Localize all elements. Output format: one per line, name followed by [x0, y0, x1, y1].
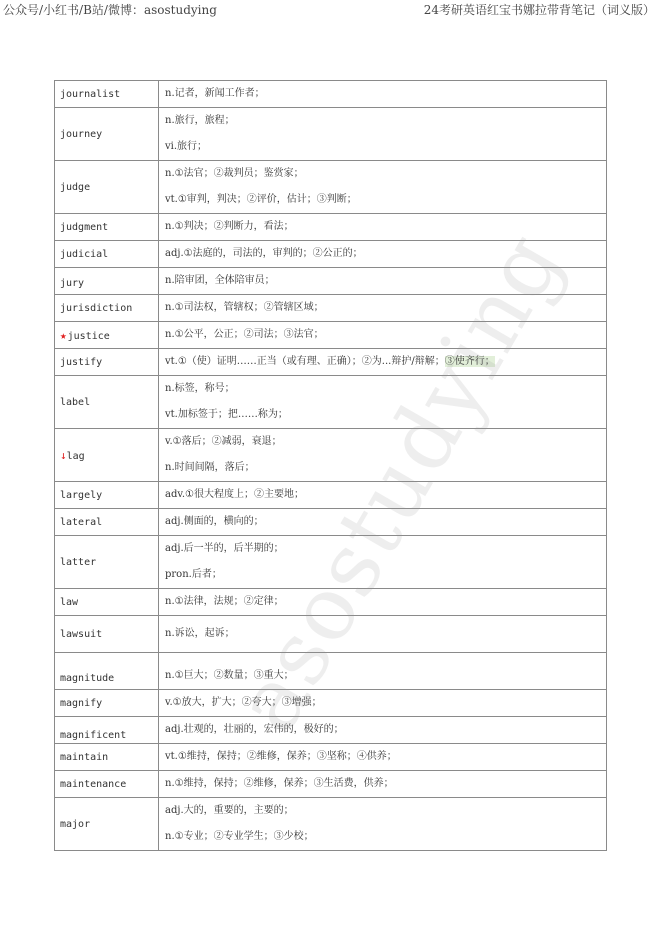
definition-cell: adj.后一半的，后半期的； pron.后者； [159, 536, 607, 589]
definition-cell: adj.侧面的，横向的； [159, 509, 607, 536]
definition-line: n.陪审团，全体陪审员； [165, 268, 606, 294]
table-row: jurisdiction n.①司法权，管辖权；②管辖区域； [55, 295, 607, 322]
word-text: magnitude [60, 673, 114, 684]
definition-line: adv.①很大程度上；②主要地； [165, 482, 606, 508]
star-icon: ★ [60, 329, 67, 342]
word-text: latter [60, 557, 96, 568]
word-cell: judicial [55, 241, 159, 268]
definition-cell: n.标签，称号； vt.加标签于；把……称为； [159, 376, 607, 429]
word-cell: maintenance [55, 771, 159, 798]
definition-line: adj.①法庭的，司法的，审判的；②公正的； [165, 241, 606, 267]
definition-line: vt.①（使）证明……正当（或有理、正确）；②为...辩护/辩解；③使齐行； [165, 349, 606, 375]
word-cell: magnificent [55, 717, 159, 744]
definition-line: n.①维持，保持；②维修，保养；③生活费，供养； [165, 771, 606, 797]
word-text: magnificent [60, 730, 126, 741]
definition-cell: vt.①（使）证明……正当（或有理、正确）；②为...辩护/辩解；③使齐行； [159, 349, 607, 376]
definition-cell: adj.壮观的，壮丽的，宏伟的，极好的； [159, 717, 607, 744]
table-row: major adj.大的，重要的，主要的； n.①专业；②专业学生；③少校； [55, 798, 607, 851]
word-cell: lateral [55, 509, 159, 536]
word-text: maintenance [60, 779, 126, 790]
table-row: judgment n.①判决；②判断力，看法； [55, 214, 607, 241]
definition-line: adj.大的，重要的，主要的； [165, 798, 606, 824]
word-text: lateral [60, 517, 102, 528]
word-cell: label [55, 376, 159, 429]
definition-line: adj.侧面的，横向的； [165, 509, 606, 535]
definition-line: vt.①维持，保持；②维修，保养；③坚称；④供养； [165, 744, 606, 770]
word-cell: law [55, 589, 159, 616]
definition-line: n.①巨大；②数量；③重大； [165, 668, 606, 684]
definition-line: pron.后者； [165, 562, 606, 588]
definition-line: vi.旅行； [165, 134, 606, 160]
word-text: maintain [60, 752, 108, 763]
word-text: largely [60, 490, 102, 501]
word-text: major [60, 819, 90, 830]
definition-cell: n.①维持，保持；②维修，保养；③生活费，供养； [159, 771, 607, 798]
word-text: jury [60, 278, 84, 289]
header-source-text: 公众号/小红书/B站/微博：asostudying [3, 0, 217, 20]
table-row: judicial adj.①法庭的，司法的，审判的；②公正的； [55, 241, 607, 268]
definition-line: n.①判决；②判断力，看法； [165, 214, 606, 240]
table-row: law n.①法律，法规；②定律； [55, 589, 607, 616]
word-text: journalist [60, 89, 120, 100]
page-header: 公众号/小红书/B站/微博：asostudying 24考研英语红宝书娜拉带背笔… [0, 0, 660, 20]
table-row: latter adj.后一半的，后半期的； pron.后者； [55, 536, 607, 589]
definition-cell: adj.①法庭的，司法的，审判的；②公正的； [159, 241, 607, 268]
definition-line: vt.①审判，判决；②评价，估计；③判断； [165, 187, 606, 213]
word-text: magnify [60, 698, 102, 709]
definition-line: adj.壮观的，壮丽的，宏伟的，极好的； [165, 717, 606, 743]
table-row: lateral adj.侧面的，横向的； [55, 509, 607, 536]
word-cell: maintain [55, 744, 159, 771]
definition-line: n.①公平，公正；②司法；③法官； [165, 322, 606, 348]
definition-cell: n.旅行，旅程； vi.旅行； [159, 108, 607, 161]
table-row: label n.标签，称号； vt.加标签于；把……称为； [55, 376, 607, 429]
word-cell: ↓lag [55, 429, 159, 482]
definition-cell: n.记者，新闻工作者； [159, 81, 607, 108]
definition-line: n.标签，称号； [165, 376, 606, 402]
table-row: jury n.陪审团，全体陪审员； [55, 268, 607, 295]
definition-line: v.①落后；②减弱，衰退； [165, 429, 606, 455]
definition-cell: v.①放大，扩大；②夸大；③增强； [159, 690, 607, 717]
definition-cell: n.①法律，法规；②定律； [159, 589, 607, 616]
header-document-title: 24考研英语红宝书娜拉带背笔记（词义版） [424, 0, 655, 20]
definition-cell: vt.①维持，保持；②维修，保养；③坚称；④供养； [159, 744, 607, 771]
word-cell: largely [55, 482, 159, 509]
word-cell: major [55, 798, 159, 851]
definition-cell: n.①判决；②判断力，看法； [159, 214, 607, 241]
definition-line: n.时间间隔，落后； [165, 455, 606, 481]
definition-line: n.①专业；②专业学生；③少校； [165, 824, 606, 850]
definition-cell: n.诉讼，起诉； [159, 616, 607, 653]
word-text: judicial [60, 249, 108, 260]
table-row: magnitude n.①巨大；②数量；③重大； [55, 653, 607, 690]
highlighted-definition: ③使齐行； [445, 356, 495, 367]
table-row: journey n.旅行，旅程； vi.旅行； [55, 108, 607, 161]
definition-cell: adv.①很大程度上；②主要地； [159, 482, 607, 509]
definition-cell: n.①司法权，管辖权；②管辖区域； [159, 295, 607, 322]
down-arrow-icon: ↓ [60, 449, 67, 462]
word-text: judgment [60, 222, 108, 233]
word-cell: lawsuit [55, 616, 159, 653]
table-row: magnificent adj.壮观的，壮丽的，宏伟的，极好的； [55, 717, 607, 744]
definition-line: v.①放大，扩大；②夸大；③增强； [165, 690, 606, 716]
table-row: lawsuit n.诉讼，起诉； [55, 616, 607, 653]
word-cell: magnify [55, 690, 159, 717]
word-text: judge [60, 182, 90, 193]
word-text: justify [60, 357, 102, 368]
table-row: largely adv.①很大程度上；②主要地； [55, 482, 607, 509]
definition-line: n.记者，新闻工作者； [165, 81, 606, 107]
word-cell: journey [55, 108, 159, 161]
definition-line: adj.后一半的，后半期的； [165, 536, 606, 562]
table-row: judge n.①法官；②裁判员；鉴赏家； vt.①审判，判决；②评价，估计；③… [55, 161, 607, 214]
word-cell: journalist [55, 81, 159, 108]
definition-line: n.①司法权，管辖权；②管辖区域； [165, 295, 606, 321]
table-row: maintain vt.①维持，保持；②维修，保养；③坚称；④供养； [55, 744, 607, 771]
definition-text: vt.①（使）证明……正当（或有理、正确）；②为...辩护/辩解； [165, 356, 445, 367]
definition-cell: n.①公平，公正；②司法；③法官； [159, 322, 607, 349]
definition-line: n.诉讼，起诉； [165, 621, 606, 647]
table-row: journalist n.记者，新闻工作者； [55, 81, 607, 108]
vocabulary-table: journalist n.记者，新闻工作者； journey n.旅行，旅程； … [54, 80, 607, 851]
table-row: justify vt.①（使）证明……正当（或有理、正确）；②为...辩护/辩解… [55, 349, 607, 376]
word-cell: ★justice [55, 322, 159, 349]
word-cell: judge [55, 161, 159, 214]
definition-cell: n.①巨大；②数量；③重大； [159, 653, 607, 690]
table-row: magnify v.①放大，扩大；②夸大；③增强； [55, 690, 607, 717]
word-text: justice [68, 331, 110, 342]
word-text: law [60, 597, 78, 608]
word-text: label [60, 397, 90, 408]
word-cell: justify [55, 349, 159, 376]
definition-cell: n.陪审团，全体陪审员； [159, 268, 607, 295]
definition-line: n.①法官；②裁判员；鉴赏家； [165, 161, 606, 187]
table-row: ★justice n.①公平，公正；②司法；③法官； [55, 322, 607, 349]
definition-cell: n.①法官；②裁判员；鉴赏家； vt.①审判，判决；②评价，估计；③判断； [159, 161, 607, 214]
definition-line: n.①法律，法规；②定律； [165, 589, 606, 615]
definition-line: n.旅行，旅程； [165, 108, 606, 134]
word-text: journey [60, 129, 102, 140]
table-row: ↓lag v.①落后；②减弱，衰退； n.时间间隔，落后； [55, 429, 607, 482]
definition-cell: v.①落后；②减弱，衰退； n.时间间隔，落后； [159, 429, 607, 482]
word-text: lawsuit [60, 629, 102, 640]
definition-cell: adj.大的，重要的，主要的； n.①专业；②专业学生；③少校； [159, 798, 607, 851]
definition-line: vt.加标签于；把……称为； [165, 402, 606, 428]
word-cell: judgment [55, 214, 159, 241]
word-text: jurisdiction [60, 303, 132, 314]
word-text: lag [67, 451, 85, 462]
word-cell: magnitude [55, 653, 159, 690]
word-cell: latter [55, 536, 159, 589]
table-row: maintenance n.①维持，保持；②维修，保养；③生活费，供养； [55, 771, 607, 798]
word-cell: jurisdiction [55, 295, 159, 322]
word-cell: jury [55, 268, 159, 295]
